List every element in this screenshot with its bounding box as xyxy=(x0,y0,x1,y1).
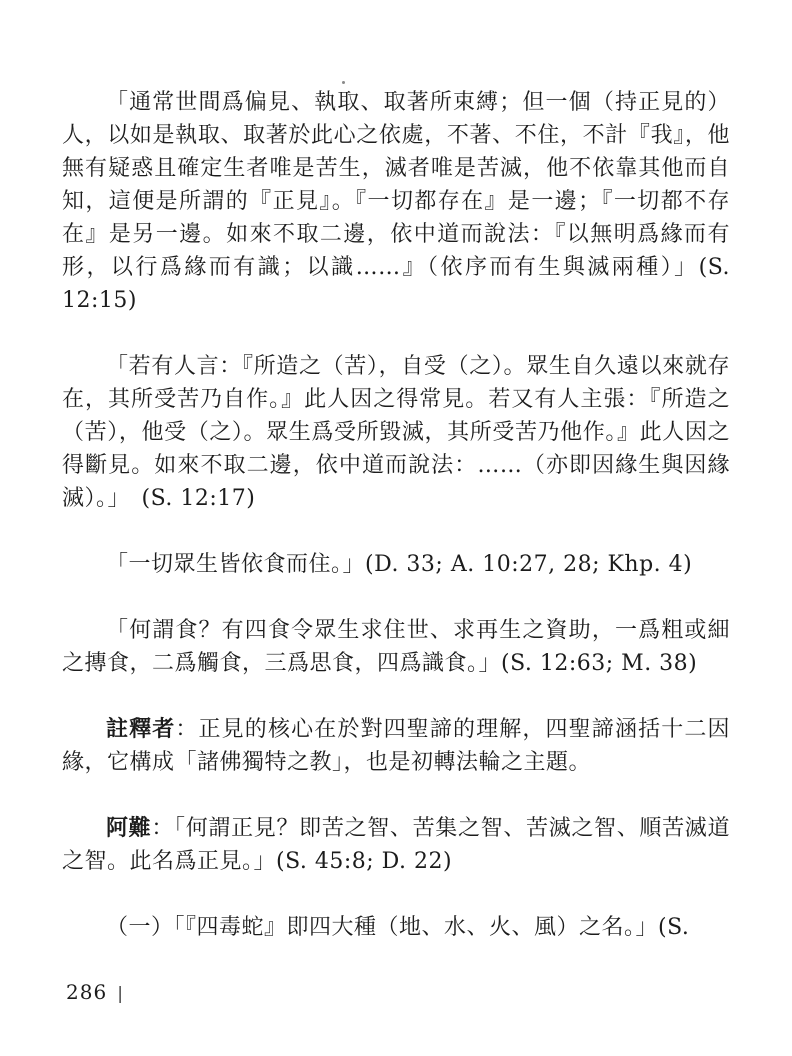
paragraph: 「一切眾生皆依食而住。」(D. 33; A. 10:27, 28; Khp. 4… xyxy=(62,548,730,581)
page-number: 286 xyxy=(66,980,107,1004)
book-page: 「通常世間爲偏見、執取、取著所束縛；但一個（持正見的）人，以如是執取、取著於此心… xyxy=(0,0,792,1056)
paragraph-lead-bold: 阿難 xyxy=(106,815,151,841)
paragraph: 「何謂食？有四食令眾生求住世、求再生之資助，一爲粗或細之摶食，二爲觸食，三爲思食… xyxy=(62,614,730,680)
paragraph: 「通常世間爲偏見、執取、取著所束縛；但一個（持正見的）人，以如是執取、取著於此心… xyxy=(62,86,730,317)
footer-separator-bar: | xyxy=(117,984,124,1004)
text-block: 「通常世間爲偏見、執取、取著所束縛；但一個（持正見的）人，以如是執取、取著於此心… xyxy=(62,86,730,977)
paragraph: 阿難：「何謂正見？即苦之智、苦集之智、苦滅之智、順苦滅道之智。此名爲正見。」(S… xyxy=(62,812,730,878)
scan-speck xyxy=(342,81,345,84)
paragraph: 「若有人言：『所造之（苦），自受（之）。眾生自久遠以來就存在，其所受苦乃自作。』… xyxy=(62,350,730,515)
paragraph: 註釋者：正見的核心在於對四聖諦的理解，四聖諦涵括十二因緣，它構成「諸佛獨特之教」… xyxy=(62,713,730,779)
page-footer: 286| xyxy=(66,980,124,1004)
paragraph: （一）「『四毒蛇』即四大種（地、水、火、風）之名。」(S. xyxy=(62,911,730,944)
paragraph-lead-bold: 註釋者 xyxy=(106,716,175,742)
